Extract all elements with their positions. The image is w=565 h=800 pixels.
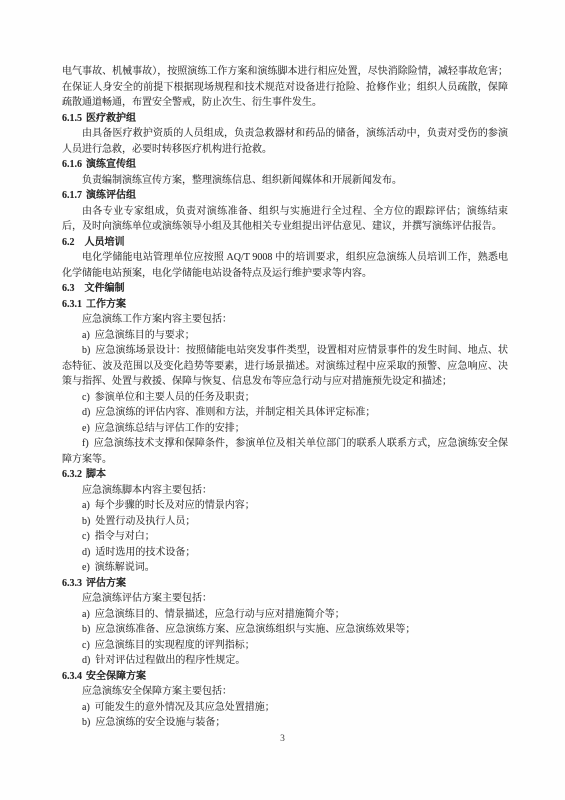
section-title: 演练评估组 <box>86 190 136 201</box>
list-item-text: 应急演练的评估内容、准则和方法，并制定相关具体评定标准； <box>95 407 375 418</box>
list-item-label: e) <box>82 423 90 434</box>
list-item-text: 参演单位和主要人员的任务及职责； <box>95 392 255 403</box>
paragraph: 电化学储能电站管理单位应按照 AQ/T 9008 中的培训要求，组织应急演练人员… <box>62 250 508 281</box>
list-item-text: 演练解说词。 <box>95 562 155 573</box>
list-item-label: b) <box>82 624 90 635</box>
section-heading: 6.1.7演练评估组 <box>62 188 508 204</box>
list-item: b)应急演练准备、应急演练方案、应急演练组织与实施、应急演练效果等； <box>62 622 508 638</box>
list-item: d)针对评估过程做出的程序性规定。 <box>62 653 508 669</box>
list-item-label: d) <box>82 407 90 418</box>
section-number: 6.3.4 <box>62 671 82 682</box>
section-number: 6.1.6 <box>62 159 82 170</box>
list-item: d)适时选用的技术设备； <box>62 545 508 561</box>
list-item-label: e) <box>82 562 90 573</box>
list-item-label: b) <box>82 345 90 356</box>
section-title: 人员培训 <box>85 237 125 248</box>
section-number: 6.3 <box>62 283 75 294</box>
section-number: 6.1.5 <box>62 113 82 124</box>
list-item-text: 应急演练准备、应急演练方案、应急演练组织与实施、应急演练效果等； <box>95 624 415 635</box>
list-item-label: d) <box>82 655 90 666</box>
list-item-label: c) <box>82 531 90 542</box>
section-number: 6.2 <box>62 237 75 248</box>
section-number: 6.1.7 <box>62 190 82 201</box>
paragraph: 应急演练评估方案主要包括： <box>62 591 508 607</box>
section-heading: 6.3.3评估方案 <box>62 576 508 592</box>
list-item-text: 应急演练目的、情景描述，应急行动与应对措施简介等； <box>95 609 345 620</box>
list-item: e)应急演练总结与评估工作的安排； <box>62 421 508 437</box>
section-heading: 6.3文件编制 <box>62 281 508 297</box>
list-item-label: f) <box>82 438 89 449</box>
section-title: 医疗救护组 <box>86 113 136 124</box>
section-title: 文件编制 <box>85 283 125 294</box>
section-title: 工作方案 <box>86 299 126 310</box>
list-item-label: b) <box>82 717 90 728</box>
list-item-text: 适时选用的技术设备； <box>95 547 195 558</box>
list-item: c)参演单位和主要人员的任务及职责； <box>62 390 508 406</box>
page-number: 3 <box>0 734 565 744</box>
list-item-label: a) <box>82 500 90 511</box>
list-item-text: 应急演练的安全设施与装备； <box>95 717 225 728</box>
list-item-text: 应急演练目的实现程度的评判指标； <box>95 640 255 651</box>
list-item: b)应急演练场景设计：按照储能电站突发事件类型，设置相对应情景事件的发生时间、地… <box>62 343 508 390</box>
list-item: a)应急演练目的与要求； <box>62 328 508 344</box>
section-heading: 6.2人员培训 <box>62 235 508 251</box>
list-item-text: 指令与对白； <box>95 531 155 542</box>
list-item-text: 应急演练目的与要求； <box>95 330 195 341</box>
list-item: a)每个步骤的时长及对应的情景内容； <box>62 498 508 514</box>
list-item: e)演练解说词。 <box>62 560 508 576</box>
list-item-label: a) <box>82 702 90 713</box>
list-item: c)指令与对白； <box>62 529 508 545</box>
paragraph: 由各专业专家组成，负责对演练准备、组织与实施进行全过程、全方位的跟踪评估；演练结… <box>62 204 508 235</box>
paragraph: 应急演练脚本内容主要包括： <box>62 483 508 499</box>
paragraph: 应急演练安全保障方案主要包括： <box>62 684 508 700</box>
list-item-text: 每个步骤的时长及对应的情景内容； <box>95 500 255 511</box>
list-item-text: 针对评估过程做出的程序性规定。 <box>95 655 245 666</box>
list-item-label: c) <box>82 392 90 403</box>
list-item-text: 应急演练场景设计：按照储能电站突发事件类型，设置相对应情景事件的发生时间、地点、… <box>62 345 508 387</box>
section-number: 6.3.3 <box>62 578 82 589</box>
list-item: a)应急演练目的、情景描述，应急行动与应对措施简介等； <box>62 607 508 623</box>
section-number: 6.3.1 <box>62 299 82 310</box>
section-heading: 6.3.2脚本 <box>62 467 508 483</box>
section-title: 演练宣传组 <box>86 159 136 170</box>
list-item-label: b) <box>82 516 90 527</box>
list-item-text: 处置行动及执行人员； <box>95 516 195 527</box>
section-heading: 6.1.5医疗救护组 <box>62 111 508 127</box>
section-heading: 6.3.1工作方案 <box>62 297 508 313</box>
list-item: b)处置行动及执行人员； <box>62 514 508 530</box>
document-content: 电气事故、机械事故），按照演练工作方案和演练脚本进行相应处置，尽快消除险情，减轻… <box>62 64 508 731</box>
list-item-text: 应急演练总结与评估工作的安排； <box>95 423 245 434</box>
list-item-label: d) <box>82 547 90 558</box>
list-item-label: c) <box>82 640 90 651</box>
list-item-text: 应急演练技术支撑和保障条件，参演单位及相关单位部门的联系人联系方式，应急演练安全… <box>62 438 508 465</box>
list-item: c)应急演练目的实现程度的评判指标； <box>62 638 508 654</box>
section-heading: 6.1.6演练宣传组 <box>62 157 508 173</box>
section-title: 评估方案 <box>86 578 126 589</box>
list-item-text: 可能发生的意外情况及其应急处置措施； <box>95 702 275 713</box>
paragraph: 电气事故、机械事故），按照演练工作方案和演练脚本进行相应处置，尽快消除险情，减轻… <box>62 64 508 111</box>
list-item: b)应急演练的安全设施与装备； <box>62 715 508 731</box>
section-title: 脚本 <box>86 469 106 480</box>
list-item: f)应急演练技术支撑和保障条件，参演单位及相关单位部门的联系人联系方式，应急演练… <box>62 436 508 467</box>
section-number: 6.3.2 <box>62 469 82 480</box>
list-item: d)应急演练的评估内容、准则和方法，并制定相关具体评定标准； <box>62 405 508 421</box>
section-heading: 6.3.4安全保障方案 <box>62 669 508 685</box>
section-title: 安全保障方案 <box>86 671 146 682</box>
document-page: 电气事故、机械事故），按照演练工作方案和演练脚本进行相应处置，尽快消除险情，减轻… <box>0 0 565 800</box>
list-item-label: a) <box>82 330 90 341</box>
paragraph: 应急演练工作方案内容主要包括： <box>62 312 508 328</box>
paragraph: 由具备医疗救护资质的人员组成，负责急救器材和药品的储备，演练活动中，负责对受伤的… <box>62 126 508 157</box>
paragraph: 负责编制演练宣传方案，整理演练信息、组织新闻媒体和开展新闻发布。 <box>62 173 508 189</box>
list-item: a)可能发生的意外情况及其应急处置措施； <box>62 700 508 716</box>
list-item-label: a) <box>82 609 90 620</box>
